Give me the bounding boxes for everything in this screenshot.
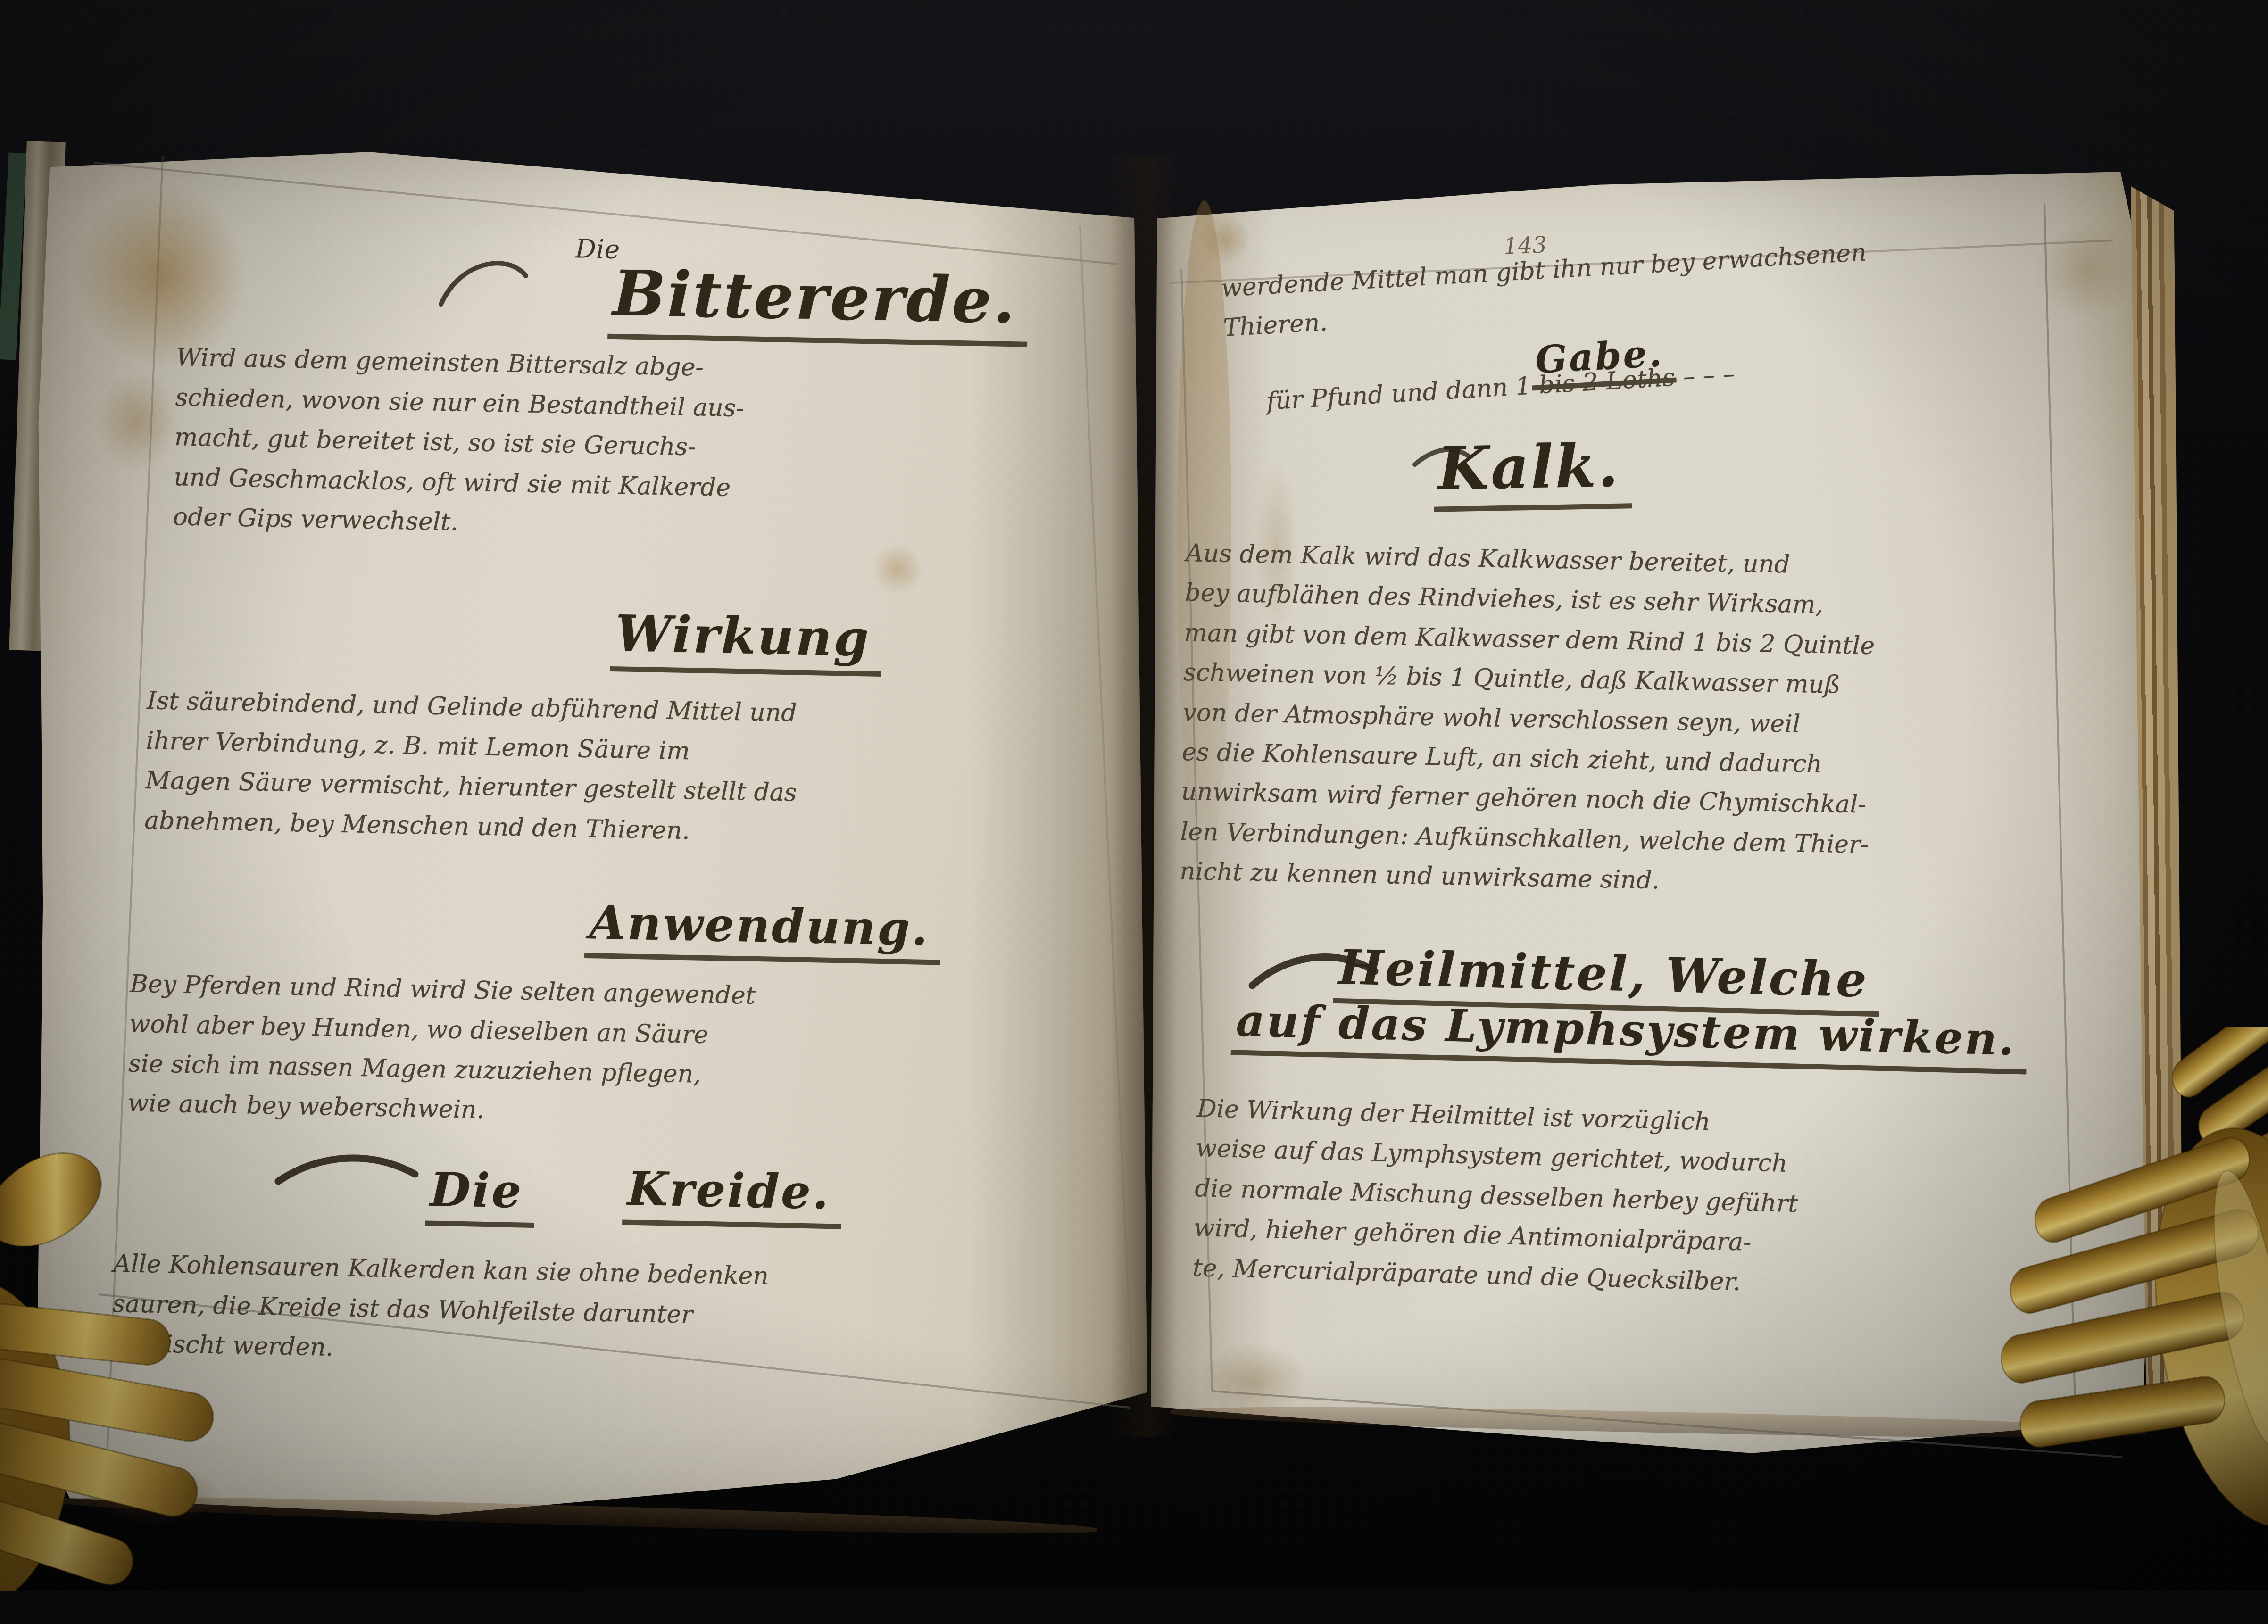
heading-wirkung: Wirkung (610, 604, 882, 676)
heading-kicker-kreide: Die (425, 1162, 535, 1228)
heading-anwendung: Anwendung. (584, 895, 941, 965)
heading-kreide: Kreide. (622, 1161, 842, 1229)
paragraph-kalk: Aus dem Kalk wird das Kalkwasser bereite… (1180, 533, 2116, 909)
heading-bittererde: Bittererde. (607, 257, 1029, 347)
golden-hand-left (0, 1098, 283, 1591)
manuscript-photo: Die Bittererde. Wird aus dem gemeinsten … (0, 0, 2268, 1591)
paragraph-bittererde: Wird aus dem gemeinsten Bittersalz abge-… (173, 338, 1083, 554)
heading-kalk: Kalk. (1433, 431, 1632, 512)
paragraph-wirkung: Ist säurebindend, und Gelinde abführend … (144, 681, 1077, 858)
paragraph-heilmittel: Die Wirkung der Heilmittel ist vorzüglic… (1192, 1089, 2082, 1311)
golden-hand-right (1996, 1027, 2268, 1568)
